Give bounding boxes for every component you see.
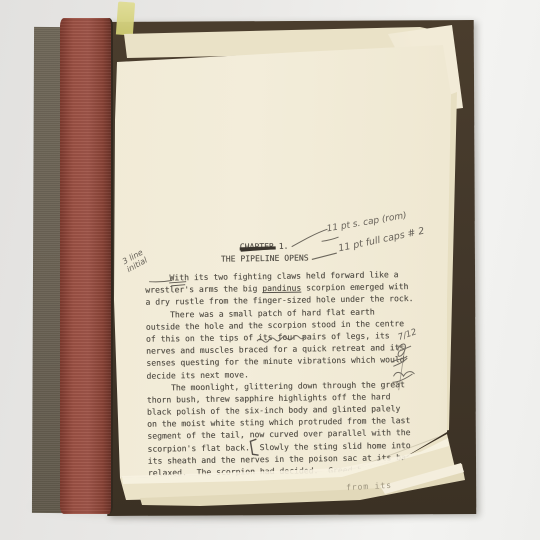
underline-top-note [322,237,339,241]
pencil-note-three-line-initial: 3 line initial [121,248,149,274]
chapter-title: THE PIPELINE OPENS [221,252,309,263]
connector-line-top-note [291,229,327,247]
photo-of-manuscript-binder: from its CHAPTER 1. THE PIPELINE OPENS W… [0,0,540,540]
typed-body-text: With its two fighting claws held forward… [145,268,416,479]
connector-line-title-note [312,253,337,259]
binder-spine [60,18,113,514]
sticky-tab-marker [116,1,135,35]
chapter-heading: CHAPTER 1. [240,241,289,252]
